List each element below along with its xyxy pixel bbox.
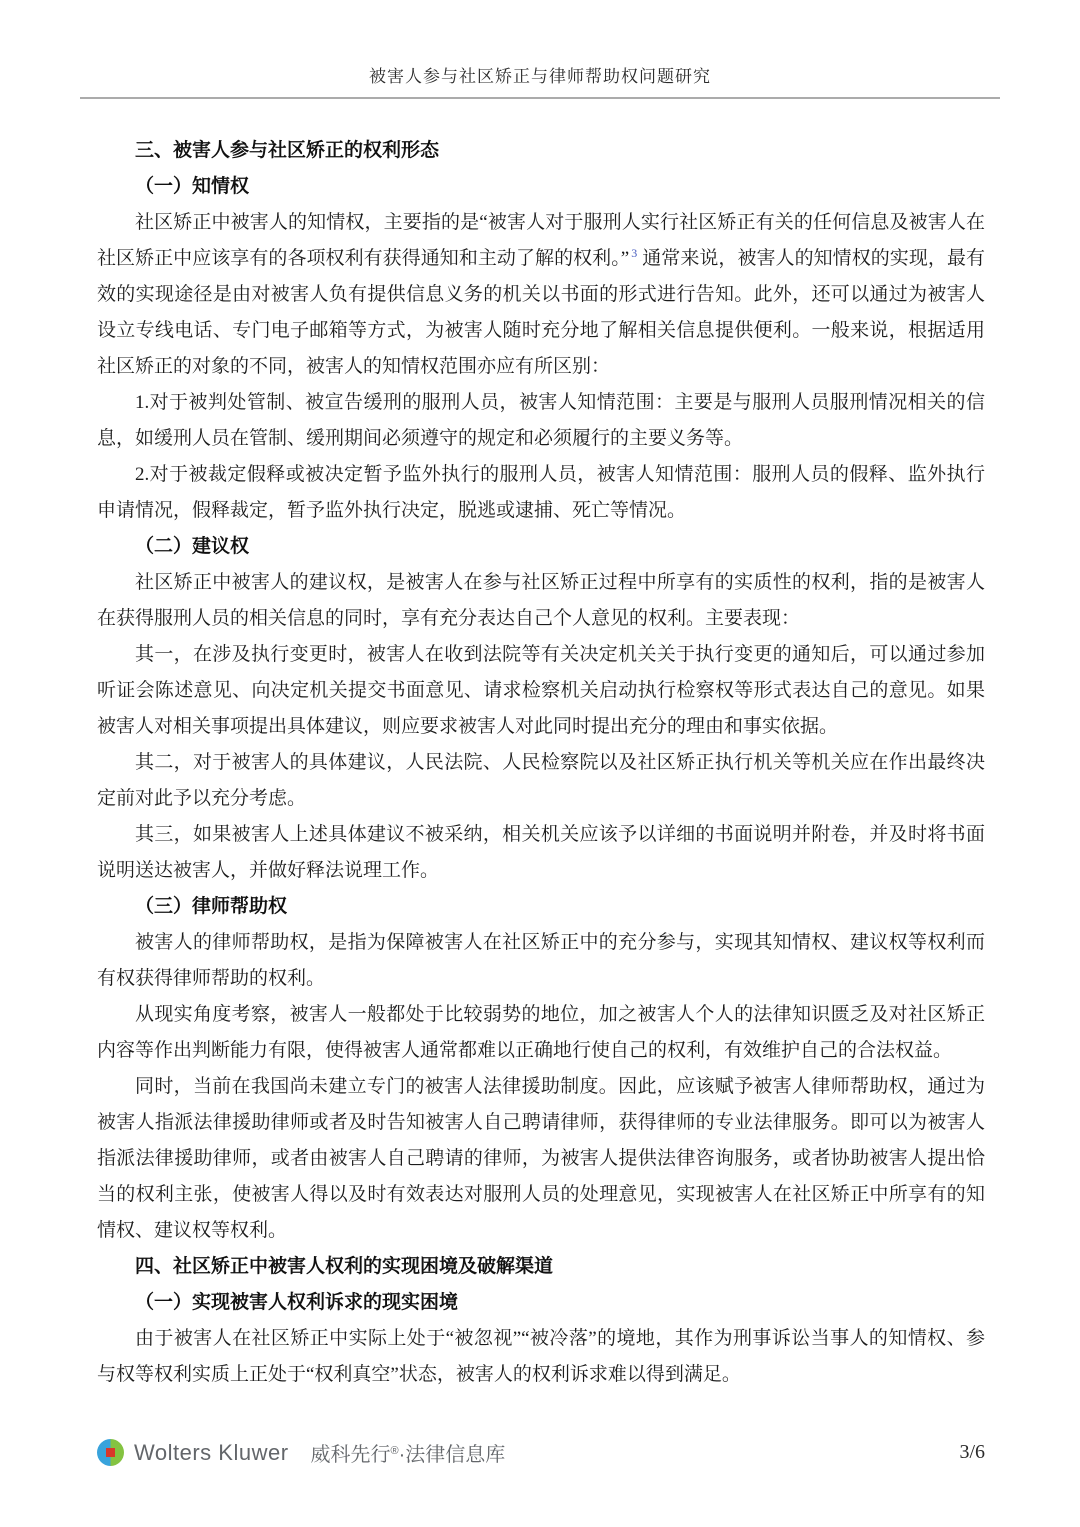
section-heading: 三、被害人参与社区矫正的权利形态 bbox=[97, 133, 985, 169]
document-body: 三、被害人参与社区矫正的权利形态 （一）知情权 社区矫正中被害人的知情权，主要指… bbox=[97, 133, 985, 1393]
page-footer: Wolters Kluwer 威科先行®·法律信息库 3/6 bbox=[97, 1438, 985, 1467]
subsection-heading: （一）知情权 bbox=[97, 169, 985, 205]
document-page: 被害人参与社区矫正与律师帮助权问题研究 三、被害人参与社区矫正的权利形态 （一）… bbox=[0, 0, 1080, 1527]
paragraph: 其一，在涉及执行变更时，被害人在收到法院等有关决定机关关于执行变更的通知后，可以… bbox=[97, 637, 985, 745]
paragraph: 其三，如果被害人上述具体建议不被采纳，相关机关应该予以详细的书面说明并附卷，并及… bbox=[97, 817, 985, 889]
page-header: 被害人参与社区矫正与律师帮助权问题研究 bbox=[0, 0, 1080, 99]
footnote-ref-link[interactable]: 3 bbox=[631, 246, 637, 260]
subsection-heading: （一）实现被害人权利诉求的现实困境 bbox=[97, 1285, 985, 1321]
subsection-heading: （二）建议权 bbox=[97, 529, 985, 565]
paragraph: 2.对于被裁定假释或被决定暂予监外执行的服刑人员，被害人知情范围：服刑人员的假释… bbox=[97, 457, 985, 529]
subsection-heading: （三）律师帮助权 bbox=[97, 889, 985, 925]
section-heading: 四、社区矫正中被害人权利的实现困境及破解渠道 bbox=[97, 1249, 985, 1285]
product-name: 威科先行®·法律信息库 bbox=[311, 1438, 506, 1467]
paragraph: 由于被害人在社区矫正中实际上处于“被忽视”“被冷落”的境地，其作为刑事诉讼当事人… bbox=[97, 1321, 985, 1393]
paragraph: 从现实角度考察，被害人一般都处于比较弱势的地位，加之被害人个人的法律知识匮乏及对… bbox=[97, 997, 985, 1069]
paragraph: 同时，当前在我国尚未建立专门的被害人法律援助制度。因此，应该赋予被害人律师帮助权… bbox=[97, 1069, 985, 1249]
paragraph: 被害人的律师帮助权，是指为保障被害人在社区矫正中的充分参与，实现其知情权、建议权… bbox=[97, 925, 985, 997]
product-name-text: 威科先行 bbox=[311, 1438, 391, 1467]
paragraph: 其二，对于被害人的具体建议，人民法院、人民检察院以及社区矫正执行机关等机关应在作… bbox=[97, 745, 985, 817]
running-title: 被害人参与社区矫正与律师帮助权问题研究 bbox=[0, 66, 1080, 88]
footer-brand: Wolters Kluwer 威科先行®·法律信息库 bbox=[97, 1438, 505, 1467]
paragraph: 社区矫正中被害人的建议权，是被害人在参与社区矫正过程中所享有的实质性的权利，指的… bbox=[97, 565, 985, 637]
header-divider bbox=[80, 97, 1000, 99]
logo-center-dot bbox=[106, 1448, 115, 1457]
page-indicator: 3/6 bbox=[959, 1441, 985, 1464]
paragraph: 1.对于被判处管制、被宣告缓刑的服刑人员，被害人知情范围：主要是与服刑人员服刑情… bbox=[97, 385, 985, 457]
product-suffix-text: ·法律信息库 bbox=[399, 1438, 506, 1467]
wolters-kluwer-logo-icon bbox=[97, 1439, 124, 1466]
paragraph: 社区矫正中被害人的知情权，主要指的是“被害人对于服刑人实行社区矫正有关的任何信息… bbox=[97, 205, 985, 385]
brand-name: Wolters Kluwer bbox=[134, 1440, 289, 1466]
